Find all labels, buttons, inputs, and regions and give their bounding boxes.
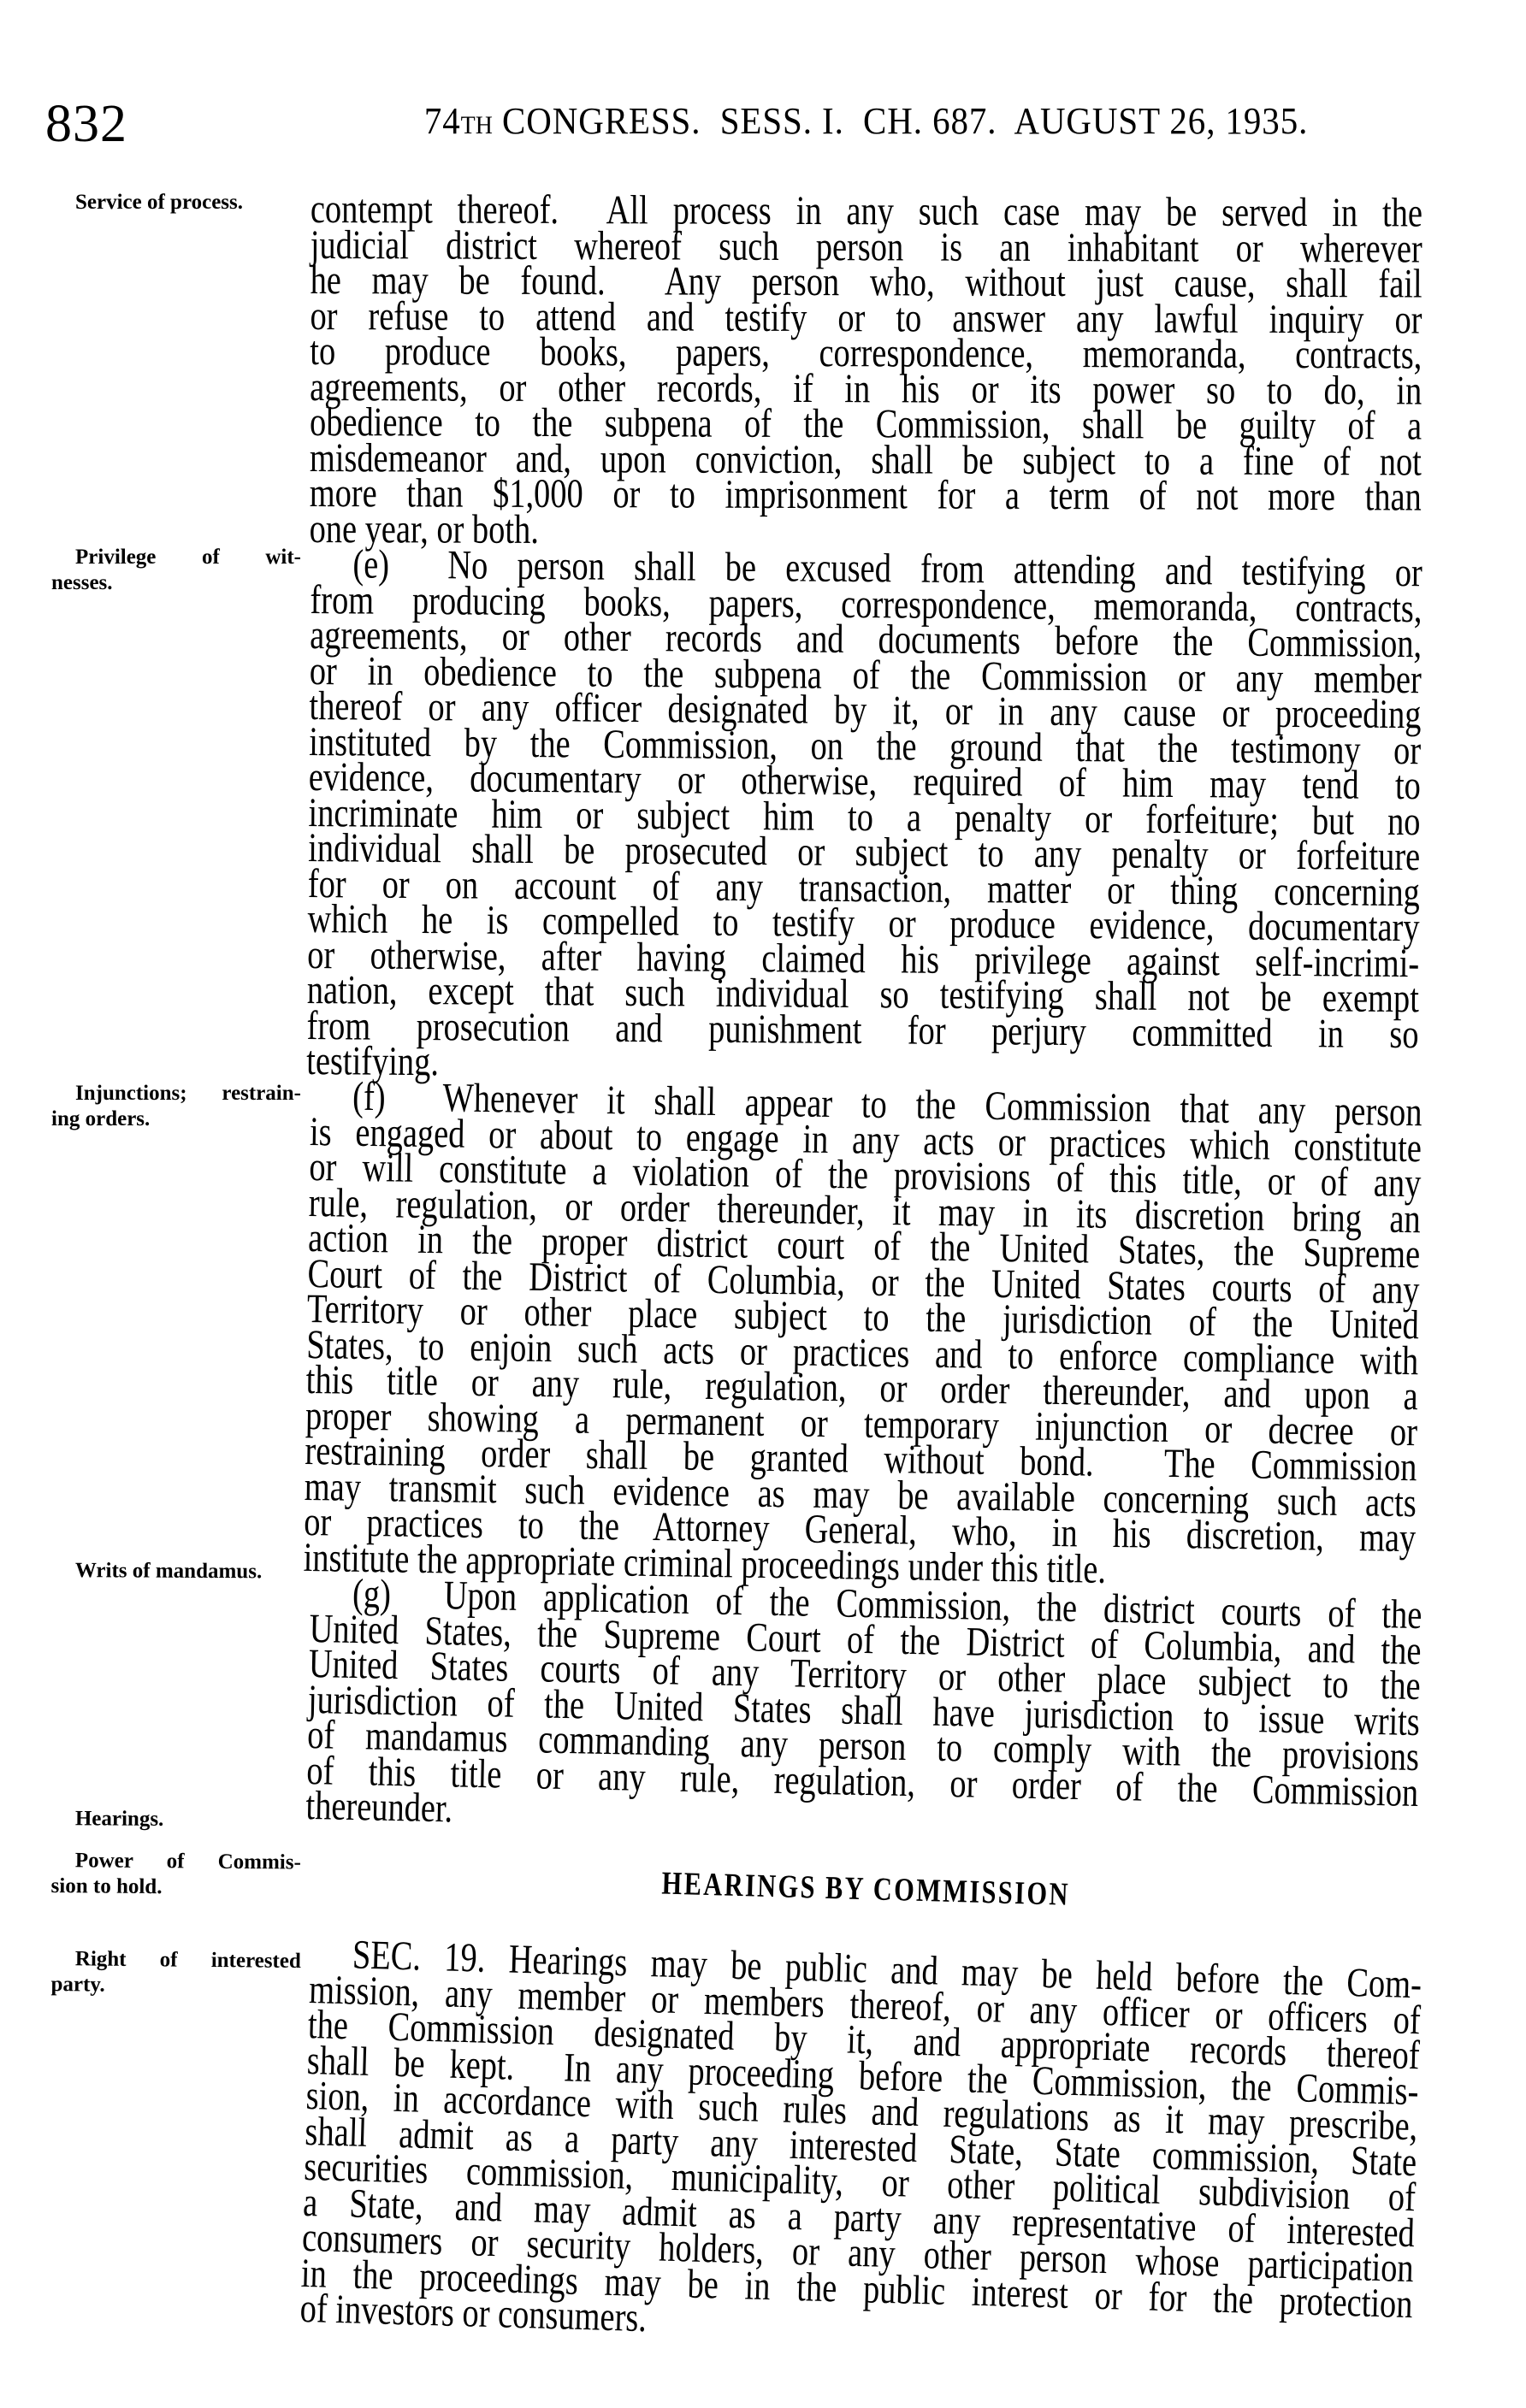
text-line: Service of process. (51, 190, 301, 215)
running-header-rest: CONGRESS. SESS. I. CH. 687. AUGUST 26, 1… (493, 100, 1308, 142)
running-header: 74TH CONGRESS. SESS. I. CH. 687. AUGUST … (311, 103, 1422, 140)
paragraph-g-writs-of-mandamus: (g) Upon application of the Commission, … (305, 1575, 1422, 1846)
margin-note-power-of-commission-to-hold: Power of Commis-sion to hold. (50, 1848, 301, 1902)
text-line: Writs of mandamus. (51, 1558, 301, 1585)
congress-ordinal: TH (461, 111, 493, 139)
section-heading-text: HEARINGS BY COMMISSION (310, 1857, 1422, 1921)
text-line: Right of interested (51, 1946, 301, 1974)
text-line: party. (50, 1972, 300, 2000)
page-number: 832 (45, 97, 127, 150)
statute-page: 832 74TH CONGRESS. SESS. I. CH. 687. AUG… (0, 0, 1526, 2408)
margin-note-hearings: Hearings. (51, 1806, 301, 1833)
text-line: Power of Commis- (51, 1848, 301, 1876)
margin-note-right-of-interested-party: Right of interestedparty. (50, 1946, 301, 2000)
text-line: Hearings. (51, 1806, 301, 1833)
paragraph-e-privilege-of-witnesses: (e) No person shall be excused from atte… (306, 546, 1422, 1088)
section-heading-hearings-by-commission: HEARINGS BY COMMISSION (310, 1857, 1422, 1921)
paragraph-f-injunctions: (f) Whenever it shall appear to the Comm… (303, 1078, 1422, 1591)
margin-note-injunctions-restraining-orders: Injunctions; restrain-ing orders. (51, 1081, 301, 1132)
margin-note-privilege-of-witnesses: Privilege of wit-nesses. (51, 545, 301, 596)
text-line: Injunctions; restrain- (51, 1081, 301, 1107)
text-line: nesses. (51, 570, 301, 596)
paragraph-sec-19-hearings: SEC. 19. Hearings may be public and may … (299, 1936, 1422, 2358)
text-line: sion to hold. (50, 1874, 300, 1902)
margin-note-writs-of-mandamus: Writs of mandamus. (51, 1558, 301, 1585)
congress-number: 74 (424, 100, 461, 142)
text-line: ing orders. (51, 1107, 301, 1132)
margin-note-service-of-process: Service of process. (51, 190, 301, 215)
paragraph-contempt-continuation: contempt thereof. All process in any suc… (310, 192, 1422, 551)
text-line: Privilege of wit- (51, 545, 301, 570)
running-header-text: 74TH CONGRESS. SESS. I. CH. 687. AUGUST … (424, 103, 1308, 140)
